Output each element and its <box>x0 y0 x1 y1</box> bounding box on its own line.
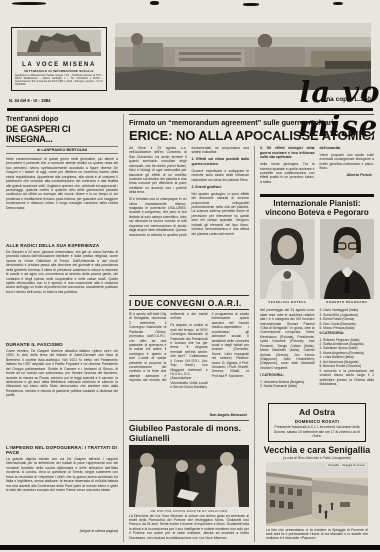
erice-headline: ERICE: NO ALLA APOCALISSE ATOMICA <box>129 128 374 143</box>
article-convegni: I DUE CONVEGNI O.A.R.I. Si è aperto all'… <box>129 295 249 417</box>
boteva-portrait-image <box>260 219 315 299</box>
category-2-title: II CATEGORIA: <box>320 331 375 336</box>
degasperi-headline: DE GASPERI CI INSEGNA... <box>6 124 118 144</box>
article-degasperi: Trent'anni dopo DE GASPERI CI INSEGNA...… <box>6 114 124 542</box>
city-panorama-photo: la voce misena <box>115 23 371 90</box>
section-divider-bar <box>260 194 374 197</box>
front-page-body: Trent'anni dopo DE GASPERI CI INSEGNA...… <box>6 114 374 542</box>
clergy-group-image <box>129 445 249 507</box>
degasperi-byline: di LANFRANCO BERTOLINI <box>6 146 118 154</box>
giubileo-caption: La Direzione de «La Voce Misena» si unis… <box>129 514 249 541</box>
senigallia-caption: La foto che presentiamo ci fa rivedere l… <box>266 528 368 541</box>
erice-para-6: Viene proposto uno studio sulle eventual… <box>320 153 375 171</box>
masthead-rule <box>7 108 373 111</box>
degasperi-body-2: De Gasperi a 22 anni, giovane universita… <box>6 250 118 294</box>
middle-column: Ad Erice il 23 agosto u.s. nell'Auditori… <box>129 146 255 542</box>
scan-artifact <box>243 3 259 6</box>
masthead-box-subtitle: SETTIMANALE DI INFORMAZIONE SOCIALE <box>15 69 103 73</box>
scan-artifact <box>12 2 46 5</box>
masthead-fineprint: Spedizione in Abbonamento Postale Gruppo… <box>15 74 103 86</box>
pianisti-intro: Nel pomeriggio del 31 agosto sono state … <box>260 308 315 370</box>
degasperi-subhead-2: DURANTE IL FASCISMO <box>6 342 118 347</box>
ostra-title: Ad Ostra <box>273 407 361 417</box>
list-item: 2. Nadia Rossandi (Italia) <box>260 384 315 388</box>
senigallia-photo-label: Senigallia – Spiaggia di ponente <box>327 464 366 467</box>
beach-street-image <box>266 462 368 526</box>
masthead-info-box: LA VOCE MISENA SETTIMANALE DI INFORMAZIO… <box>11 27 107 91</box>
degasperi-subhead-1: ALLE RADICI DELLA SUA ESPERIENZA <box>6 243 118 248</box>
right-region: Firmato un “memorandum agreement” sulle … <box>124 114 374 542</box>
article-erice-head: Firmato un “memorandum agreement” sulle … <box>129 114 374 146</box>
convegni-para-3: Il programma di studio interessante quan… <box>212 312 249 378</box>
convegni-body: Si è aperto all'Hotel City di Senigallia… <box>129 312 249 412</box>
category-1-title: I CATEGORIA: <box>260 373 315 378</box>
newspaper-front-page: LA VOCE MISENA SETTIMANALE DI INFORMAZIO… <box>0 0 380 552</box>
article-senigallia: Vecchia e cara Senigallia (a cura di Rin… <box>260 445 374 541</box>
degasperi-body-1: Nelle commemorazioni di questi giorni mo… <box>6 157 118 210</box>
erice-kicker: Firmato un “memorandum agreement” sulle … <box>129 118 374 127</box>
erice-para-4: Nel quadro geologico vi sono effetti dei… <box>192 192 250 236</box>
senigallia-headline: Vecchia e cara Senigallia <box>260 445 374 455</box>
degasperi-kicker: Trent'anni dopo <box>6 116 118 123</box>
continuation-note: (segue in ultima pagina) <box>6 529 118 533</box>
erice-para-1: Ad Erice il 23 agosto u.s. nell'Auditori… <box>129 146 187 195</box>
erice-para-3: Occorre incentivare e sviluppare le rice… <box>192 169 250 182</box>
article-pianisti: Internazionale Pianisti: vincono Boteva … <box>260 199 374 400</box>
issue-number: N. 34 del 6 - IX - 1984 <box>9 98 50 103</box>
giubileo-photo <box>129 445 249 507</box>
winner-photos: VESSELINA BOTEVA <box>260 219 374 307</box>
erice-para-5: nella storia geologica. Tra la scienza s… <box>260 162 315 184</box>
pianisti-headline: Internazionale Pianisti: vincono Boteva … <box>264 199 370 217</box>
article-giubileo: Giubileo Pastorale di mons. Giulianelli <box>129 420 249 540</box>
giubileo-headline: Giubileo Pastorale di mons. Giulianelli <box>129 420 249 443</box>
bottom-rule <box>0 545 380 551</box>
erice-ending: dell'umanità. <box>320 146 375 151</box>
pegoraro-portrait-image <box>320 219 375 299</box>
senigallia-subhead: (a cura di Rino Giacchini e Fabio Casagr… <box>260 456 374 460</box>
dateline: N. 34 del 6 - IX - 1984 Una copia L.350 <box>9 96 371 103</box>
erice-signature: Alberto Pericle <box>320 173 373 178</box>
copy-price: Una copia L.350 <box>322 96 372 103</box>
senigallia-photo: Senigallia – Spiaggia di ponente <box>266 462 368 526</box>
erice-body-left: Ad Erice il 23 agosto u.s. nell'Auditori… <box>129 146 249 292</box>
degasperi-subhead-3: L'IMPEGNO NEL DOPOGUERRA: I TRATTATI DI … <box>6 445 118 455</box>
convegni-para-2: Fa seguito, in ordine ai mali del tempo,… <box>170 323 207 389</box>
scan-artifact <box>333 2 343 5</box>
degasperi-body-3: Come trentino, De Gasperi divenne cittad… <box>6 349 118 398</box>
scan-artifact <box>150 1 159 5</box>
erice-point-3: 3. Gli effetti biologici della guerra nu… <box>260 146 315 160</box>
photo-pegoraro: ROBERTO PEGORARO <box>320 219 375 307</box>
pianisti-body: Nel pomeriggio del 31 agosto sono state … <box>260 308 374 400</box>
erice-point-2: 2. Eventi geofisici. <box>192 185 250 190</box>
erice-point-1: 1. Effetti sul clima prodotti dalla guer… <box>192 157 250 166</box>
boteva-caption: VESSELINA BOTEVA <box>260 300 315 304</box>
rocca-photo <box>17 30 101 56</box>
photo-boteva: VESSELINA BOTEVA <box>260 219 315 307</box>
masthead-box-title: LA VOCE MISENA <box>15 62 103 68</box>
erice-body-right: 3. Gli effetti biologici della guerra nu… <box>260 146 374 192</box>
ostra-speaker-name: DOMENICO ROSATI <box>273 419 361 424</box>
ostra-body: Presidente Nazionale A.C.L.I. incontrerà… <box>273 425 361 438</box>
convegni-signature: Don Angelo Mencucci <box>129 413 247 417</box>
category-2-list: 1. Roberto Pegoraro (Italia)2. Slafka Av… <box>320 338 375 369</box>
ostra-notice-box: Ad Ostra DOMENICO ROSATI Presidente Nazi… <box>268 403 366 441</box>
pianisti-closing: Il concerto e la premiazione dei vincito… <box>320 369 375 387</box>
giubileo-motto: AD MULTOS ANNOS SANCTE ET FELICITER <box>129 509 249 513</box>
convegni-headline: I DUE CONVEGNI O.A.R.I. <box>129 295 249 310</box>
degasperi-body-4: La grande dignità morale con cui De Gasp… <box>6 457 118 492</box>
pegoraro-caption: ROBERTO PEGORARO <box>320 300 375 304</box>
far-right-column: 3. Gli effetti biologici della guerra nu… <box>255 146 374 542</box>
